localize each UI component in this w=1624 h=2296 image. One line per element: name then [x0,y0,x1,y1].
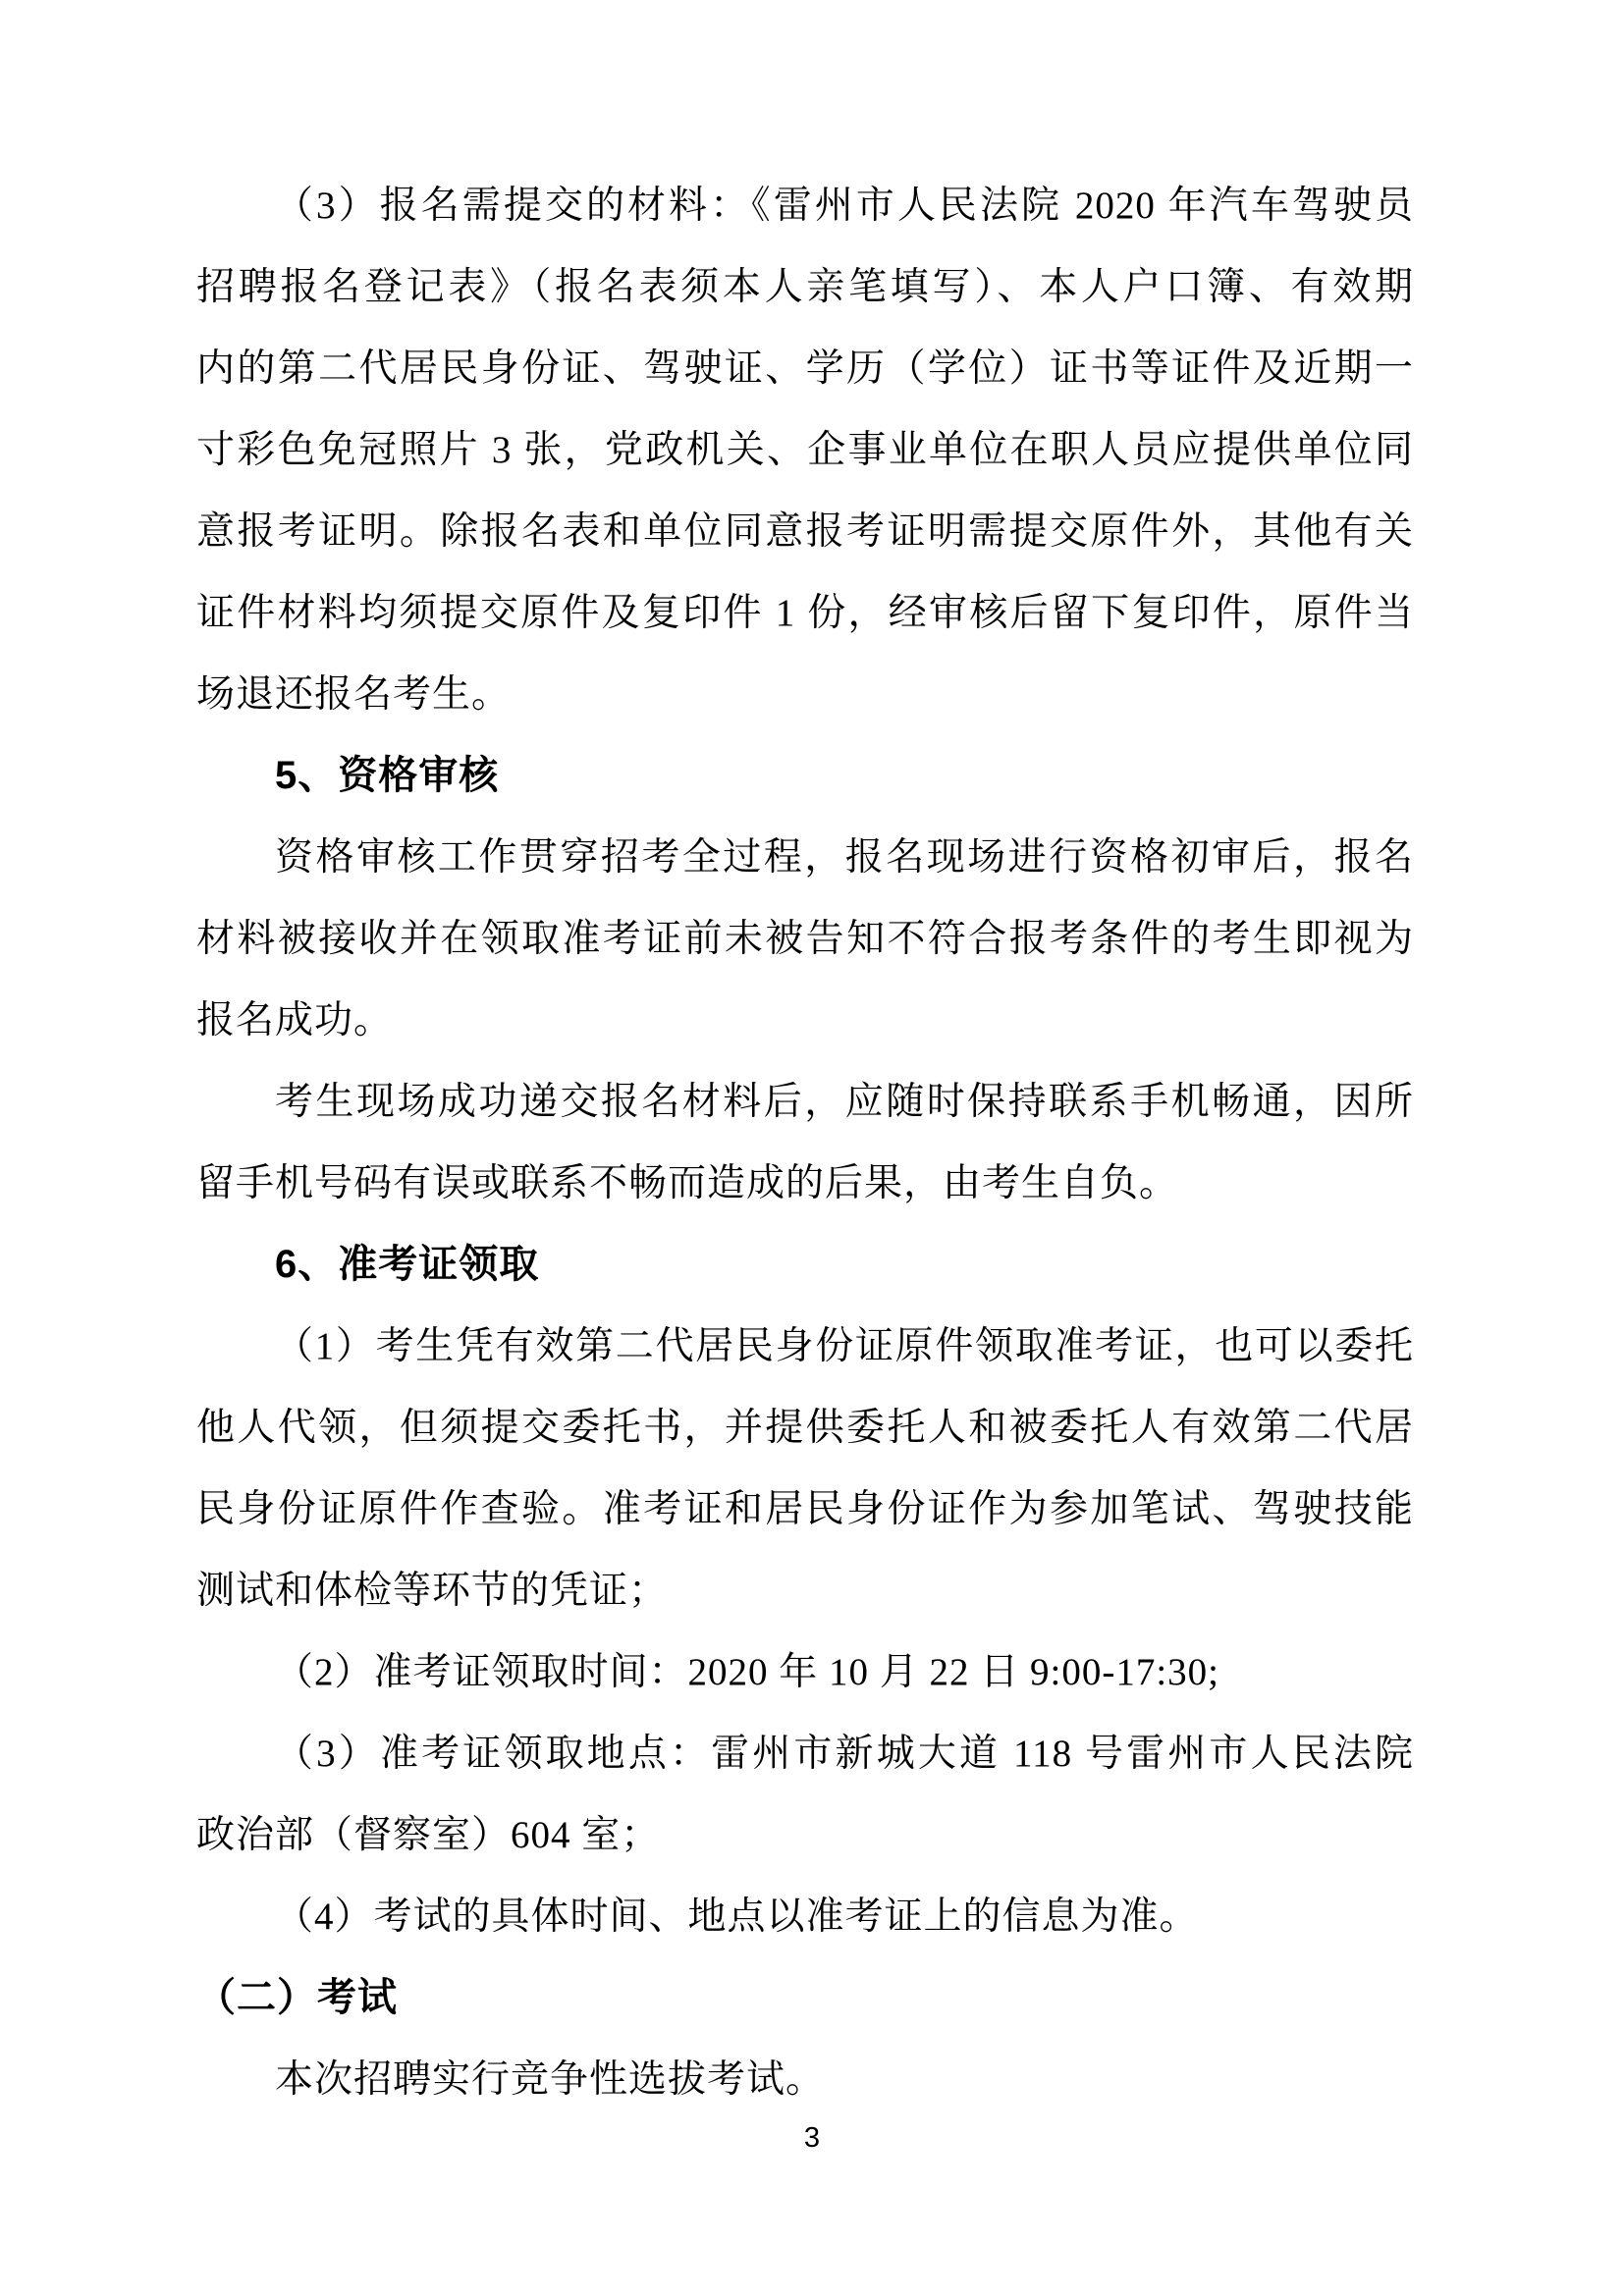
heading-line: （二）考试 [196,1957,1414,2039]
body-line: 意报考证明。除报名表和单位同意报考证明需提交原件外，其他有关 [196,491,1414,572]
body-line: 场退还报名考生。 [196,654,1414,735]
body-line: （4）考试的具体时间、地点以准考证上的信息为准。 [196,1876,1414,1957]
page-number: 3 [0,2118,1624,2158]
body-line: 报名成功。 [196,980,1414,1061]
document-page: （3）报名需提交的材料：《雷州市人民法院 2020 年汽车驾驶员 招聘报名登记表… [0,0,1624,2296]
body-line: 他人代领，但须提交委托书，并提供委托人和被委托人有效第二代居 [196,1387,1414,1468]
body-line: （2）准考证领取时间：2020 年 10 月 22 日 9:00-17:30; [196,1631,1414,1713]
body-line: 资格审核工作贯穿招考全过程，报名现场进行资格初审后，报名 [196,817,1414,898]
body-line: 本次招聘实行竞争性选拔考试。 [196,2039,1414,2120]
body-line: 留手机号码有误或联系不畅而造成的后果，由考生自负。 [196,1143,1414,1224]
body-line: （3）报名需提交的材料：《雷州市人民法院 2020 年汽车驾驶员 [196,165,1414,246]
heading-line: 6、准考证领取 [196,1224,1414,1306]
body-line: 考生现场成功递交报名材料后，应随时保持联系手机畅通，因所 [196,1061,1414,1143]
body-line: 材料被接收并在领取准考证前未被告知不符合报考条件的考生即视为 [196,898,1414,980]
body-line: （3）准考证领取地点：雷州市新城大道 118 号雷州市人民法院 [196,1713,1414,1794]
body-line: 民身份证原件作查验。准考证和居民身份证作为参加笔试、驾驶技能 [196,1468,1414,1550]
heading-line: 5、资格审核 [196,735,1414,817]
body-line: 测试和体检等环节的凭证； [196,1550,1414,1631]
body-line: 招聘报名登记表》（报名表须本人亲笔填写）、本人户口簿、有效期 [196,246,1414,328]
body-line: （1）考生凭有效第二代居民身份证原件领取准考证，也可以委托 [196,1306,1414,1387]
document-body: （3）报名需提交的材料：《雷州市人民法院 2020 年汽车驾驶员 招聘报名登记表… [196,165,1414,2120]
body-line: 政治部（督察室）604 室； [196,1794,1414,1876]
body-line: 内的第二代居民身份证、驾驶证、学历（学位）证书等证件及近期一 [196,328,1414,409]
body-line: 寸彩色免冠照片 3 张，党政机关、企事业单位在职人员应提供单位同 [196,409,1414,491]
body-line: 证件材料均须提交原件及复印件 1 份，经审核后留下复印件，原件当 [196,572,1414,654]
